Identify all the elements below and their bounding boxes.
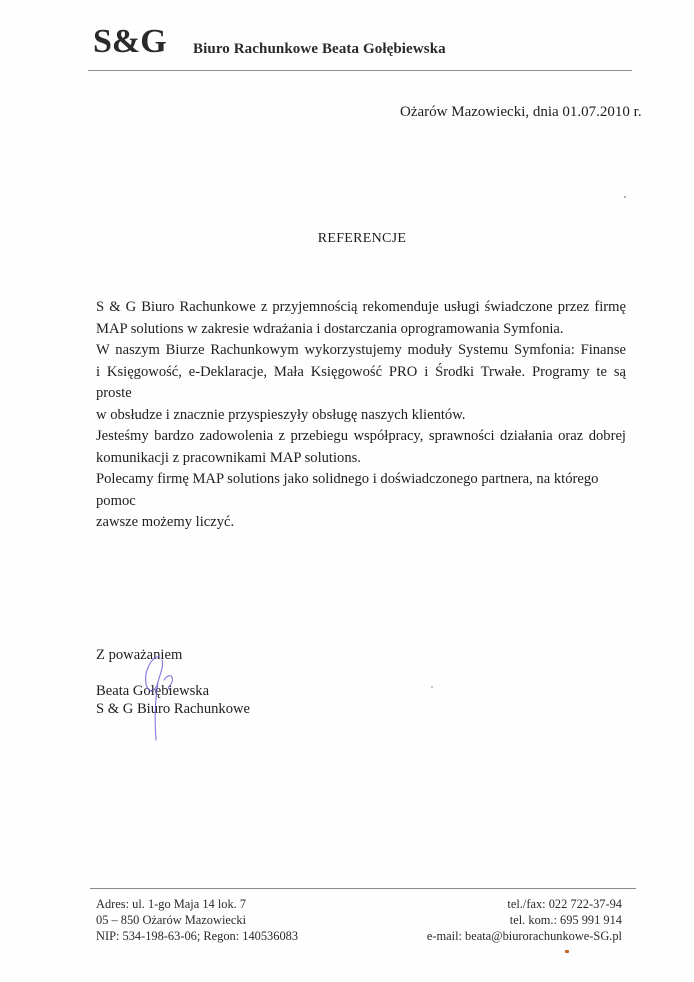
letter-title: REFERENCJE — [0, 230, 694, 248]
paragraph-2-line-1: W naszym Biurze Rachunkowym wykorzystuje… — [96, 340, 626, 362]
place-date: Ożarów Mazowiecki, dnia 01.07.2010 r. — [400, 103, 642, 121]
paragraph-1-line-1: S & G Biuro Rachunkowe z przyjemnością r… — [96, 297, 626, 319]
signer-block: Beata Gołębiewska S & G Biuro Rachunkowe — [96, 682, 250, 718]
scan-speck — [624, 196, 626, 198]
footer-mobile: tel. kom.: 695 991 914 — [427, 912, 622, 928]
footer-postal-line: 05 – 850 Ożarów Mazowiecki — [96, 912, 298, 928]
scan-speck — [431, 686, 433, 688]
signer-name: Beata Gołębiewska — [96, 682, 250, 700]
scan-speck — [565, 950, 569, 953]
paragraph-3-line-2: komunikacji z pracownikami MAP solutions… — [96, 448, 626, 470]
letter-page: S&G Biuro Rachunkowe Beata Gołębiewska O… — [0, 0, 694, 982]
header-divider — [88, 70, 632, 71]
paragraph-2-line-3: w obsłudze i znacznie przyspieszyły obsł… — [96, 405, 626, 427]
footer-address-line: Adres: ul. 1-go Maja 14 lok. 7 — [96, 896, 298, 912]
paragraph-4-line-2: zawsze możemy liczyć. — [96, 512, 626, 534]
footer-email[interactable]: e-mail: beata@biurorachunkowe-SG.pl — [427, 928, 622, 944]
paragraph-1-line-2: MAP solutions w zakresie wdrażania i dos… — [96, 319, 626, 341]
paragraph-3-line-1: Jesteśmy bardzo zadowolenia z przebiegu … — [96, 426, 626, 448]
paragraph-2-line-2: i Księgowość, e-Deklaracje, Mała Księgow… — [96, 362, 626, 405]
closing-salutation: Z poważaniem — [96, 646, 182, 664]
company-name: Biuro Rachunkowe Beata Gołębiewska — [193, 40, 446, 58]
footer-ids-line: NIP: 534-198-63-06; Regon: 140536083 — [96, 928, 298, 944]
paragraph-4-line-1: Polecamy firmę MAP solutions jako solidn… — [96, 469, 626, 512]
signer-company: S & G Biuro Rachunkowe — [96, 700, 250, 718]
footer-phone-fax: tel./fax: 022 722-37-94 — [427, 896, 622, 912]
company-logo: S&G — [93, 22, 167, 62]
footer-divider — [90, 888, 636, 889]
footer-address: Adres: ul. 1-go Maja 14 lok. 7 05 – 850 … — [96, 896, 298, 944]
letter-body: S & G Biuro Rachunkowe z przyjemnością r… — [96, 297, 626, 534]
footer-contact: tel./fax: 022 722-37-94 tel. kom.: 695 9… — [427, 896, 622, 944]
